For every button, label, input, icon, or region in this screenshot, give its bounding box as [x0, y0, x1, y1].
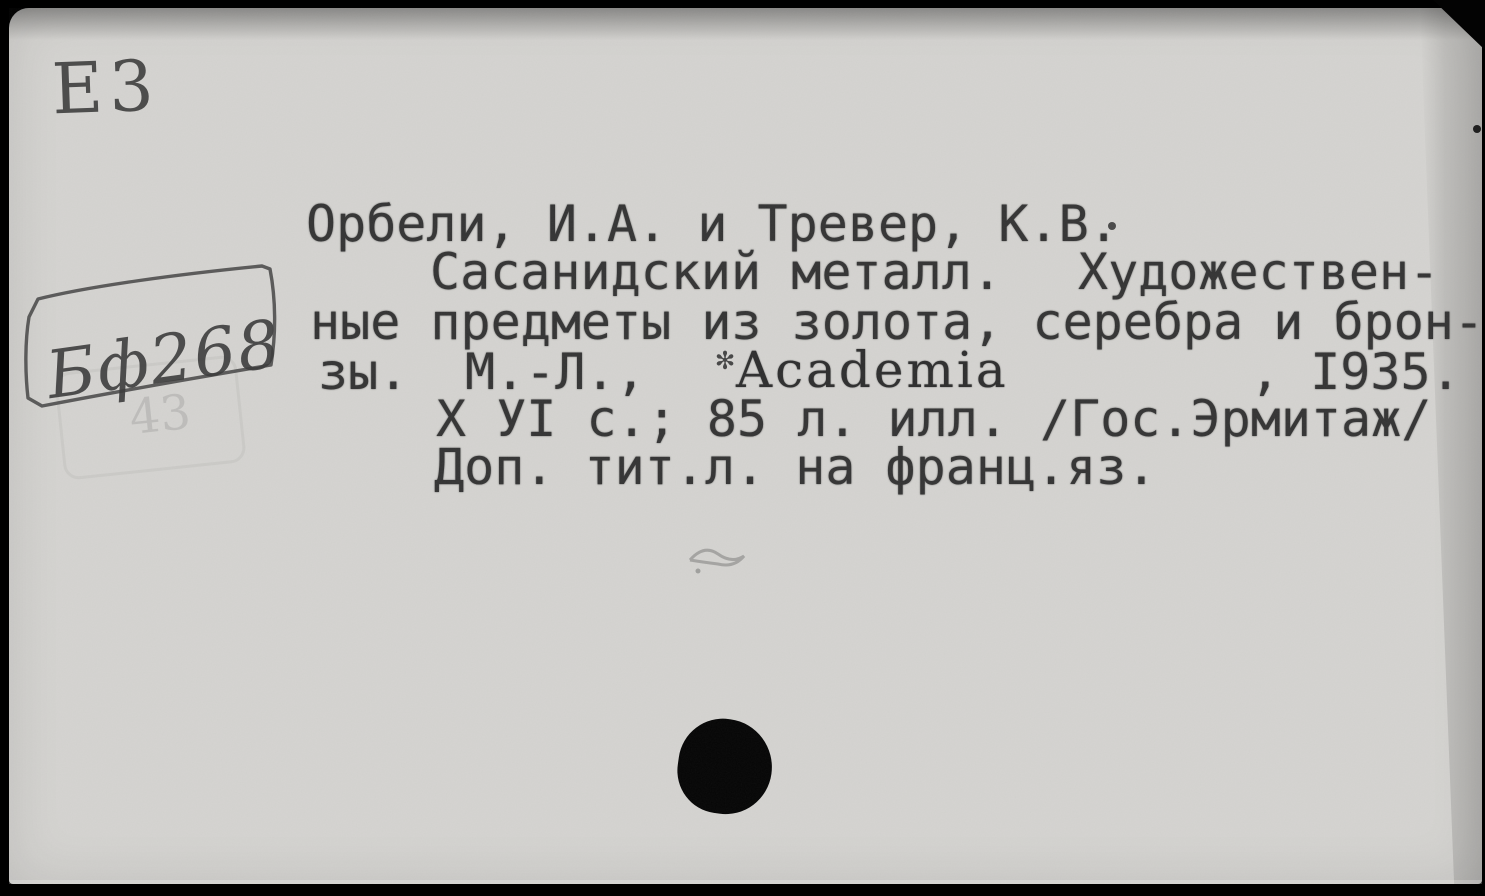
dust-speck — [1473, 125, 1481, 133]
class-mark-handwriting: Е3 — [51, 45, 161, 131]
scanned-catalog-card-photo: Орбели, И.А. и Тревер, К.В. Сасанидский … — [0, 0, 1485, 896]
handwriting-overlay: Е3 43 Бф268 — [0, 0, 1485, 896]
paper-grain — [9, 8, 1482, 884]
dust-speck — [1108, 222, 1116, 230]
dust-speck — [696, 569, 701, 574]
